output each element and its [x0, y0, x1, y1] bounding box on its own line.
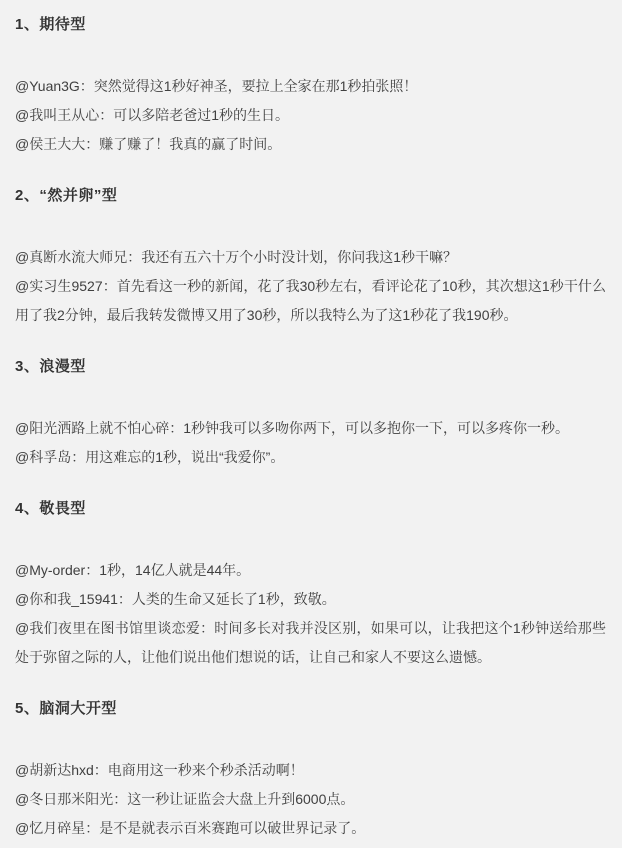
user-comment: @阳光洒路上就不怕心碎：1秒钟我可以多吻你两下，可以多抱你一下，可以多疼你一秒。	[15, 414, 606, 443]
user-comment: @真断水流大师兄：我还有五六十万个小时没计划，你问我这1秒干嘛？	[15, 243, 606, 272]
comment-section: 1、期待型@Yuan3G：突然觉得这1秒好神圣，要拉上全家在那1秒拍张照！@我叫…	[15, 14, 606, 159]
section-heading: 5、脑洞大开型	[15, 698, 606, 720]
user-comment: @胡新达hxd：电商用这一秒来个秒杀活动啊！	[15, 756, 606, 785]
user-comment: @My-order：1秒，14亿人就是44年。	[15, 556, 606, 585]
user-comment: @我叫王从心：可以多陪老爸过1秒的生日。	[15, 101, 606, 130]
comment-list: @阳光洒路上就不怕心碎：1秒钟我可以多吻你两下，可以多抱你一下，可以多疼你一秒。…	[15, 414, 606, 472]
comment-section: 5、脑洞大开型@胡新达hxd：电商用这一秒来个秒杀活动啊！@冬日那米阳光：这一秒…	[15, 698, 606, 843]
comment-section: 3、浪漫型@阳光洒路上就不怕心碎：1秒钟我可以多吻你两下，可以多抱你一下，可以多…	[15, 356, 606, 472]
user-comment: @你和我_15941：人类的生命又延长了1秒，致敬。	[15, 585, 606, 614]
user-comment: @科孚岛：用这难忘的1秒，说出“我爱你”。	[15, 443, 606, 472]
article-body: 1、期待型@Yuan3G：突然觉得这1秒好神圣，要拉上全家在那1秒拍张照！@我叫…	[0, 0, 622, 843]
user-comment: @我们夜里在图书馆里谈恋爱：时间多长对我并没区别，如果可以，让我把这个1秒钟送给…	[15, 614, 606, 672]
user-comment: @忆月碎星：是不是就表示百米赛跑可以破世界记录了。	[15, 814, 606, 843]
comment-section: 4、敬畏型@My-order：1秒，14亿人就是44年。@你和我_15941：人…	[15, 498, 606, 672]
comment-list: @My-order：1秒，14亿人就是44年。@你和我_15941：人类的生命又…	[15, 556, 606, 672]
section-heading: 1、期待型	[15, 14, 606, 36]
comment-list: @真断水流大师兄：我还有五六十万个小时没计划，你问我这1秒干嘛？@实习生9527…	[15, 243, 606, 330]
section-heading: 4、敬畏型	[15, 498, 606, 520]
user-comment: @Yuan3G：突然觉得这1秒好神圣，要拉上全家在那1秒拍张照！	[15, 72, 606, 101]
section-heading: 2、“然并卵”型	[15, 185, 606, 207]
user-comment: @侯王大大：赚了赚了！我真的赢了时间。	[15, 130, 606, 159]
user-comment: @冬日那米阳光：这一秒让证监会大盘上升到6000点。	[15, 785, 606, 814]
comment-list: @胡新达hxd：电商用这一秒来个秒杀活动啊！@冬日那米阳光：这一秒让证监会大盘上…	[15, 756, 606, 843]
section-heading: 3、浪漫型	[15, 356, 606, 378]
comment-list: @Yuan3G：突然觉得这1秒好神圣，要拉上全家在那1秒拍张照！@我叫王从心：可…	[15, 72, 606, 159]
comment-section: 2、“然并卵”型@真断水流大师兄：我还有五六十万个小时没计划，你问我这1秒干嘛？…	[15, 185, 606, 330]
user-comment: @实习生9527：首先看这一秒的新闻，花了我30秒左右，看评论花了10秒，其次想…	[15, 272, 606, 330]
